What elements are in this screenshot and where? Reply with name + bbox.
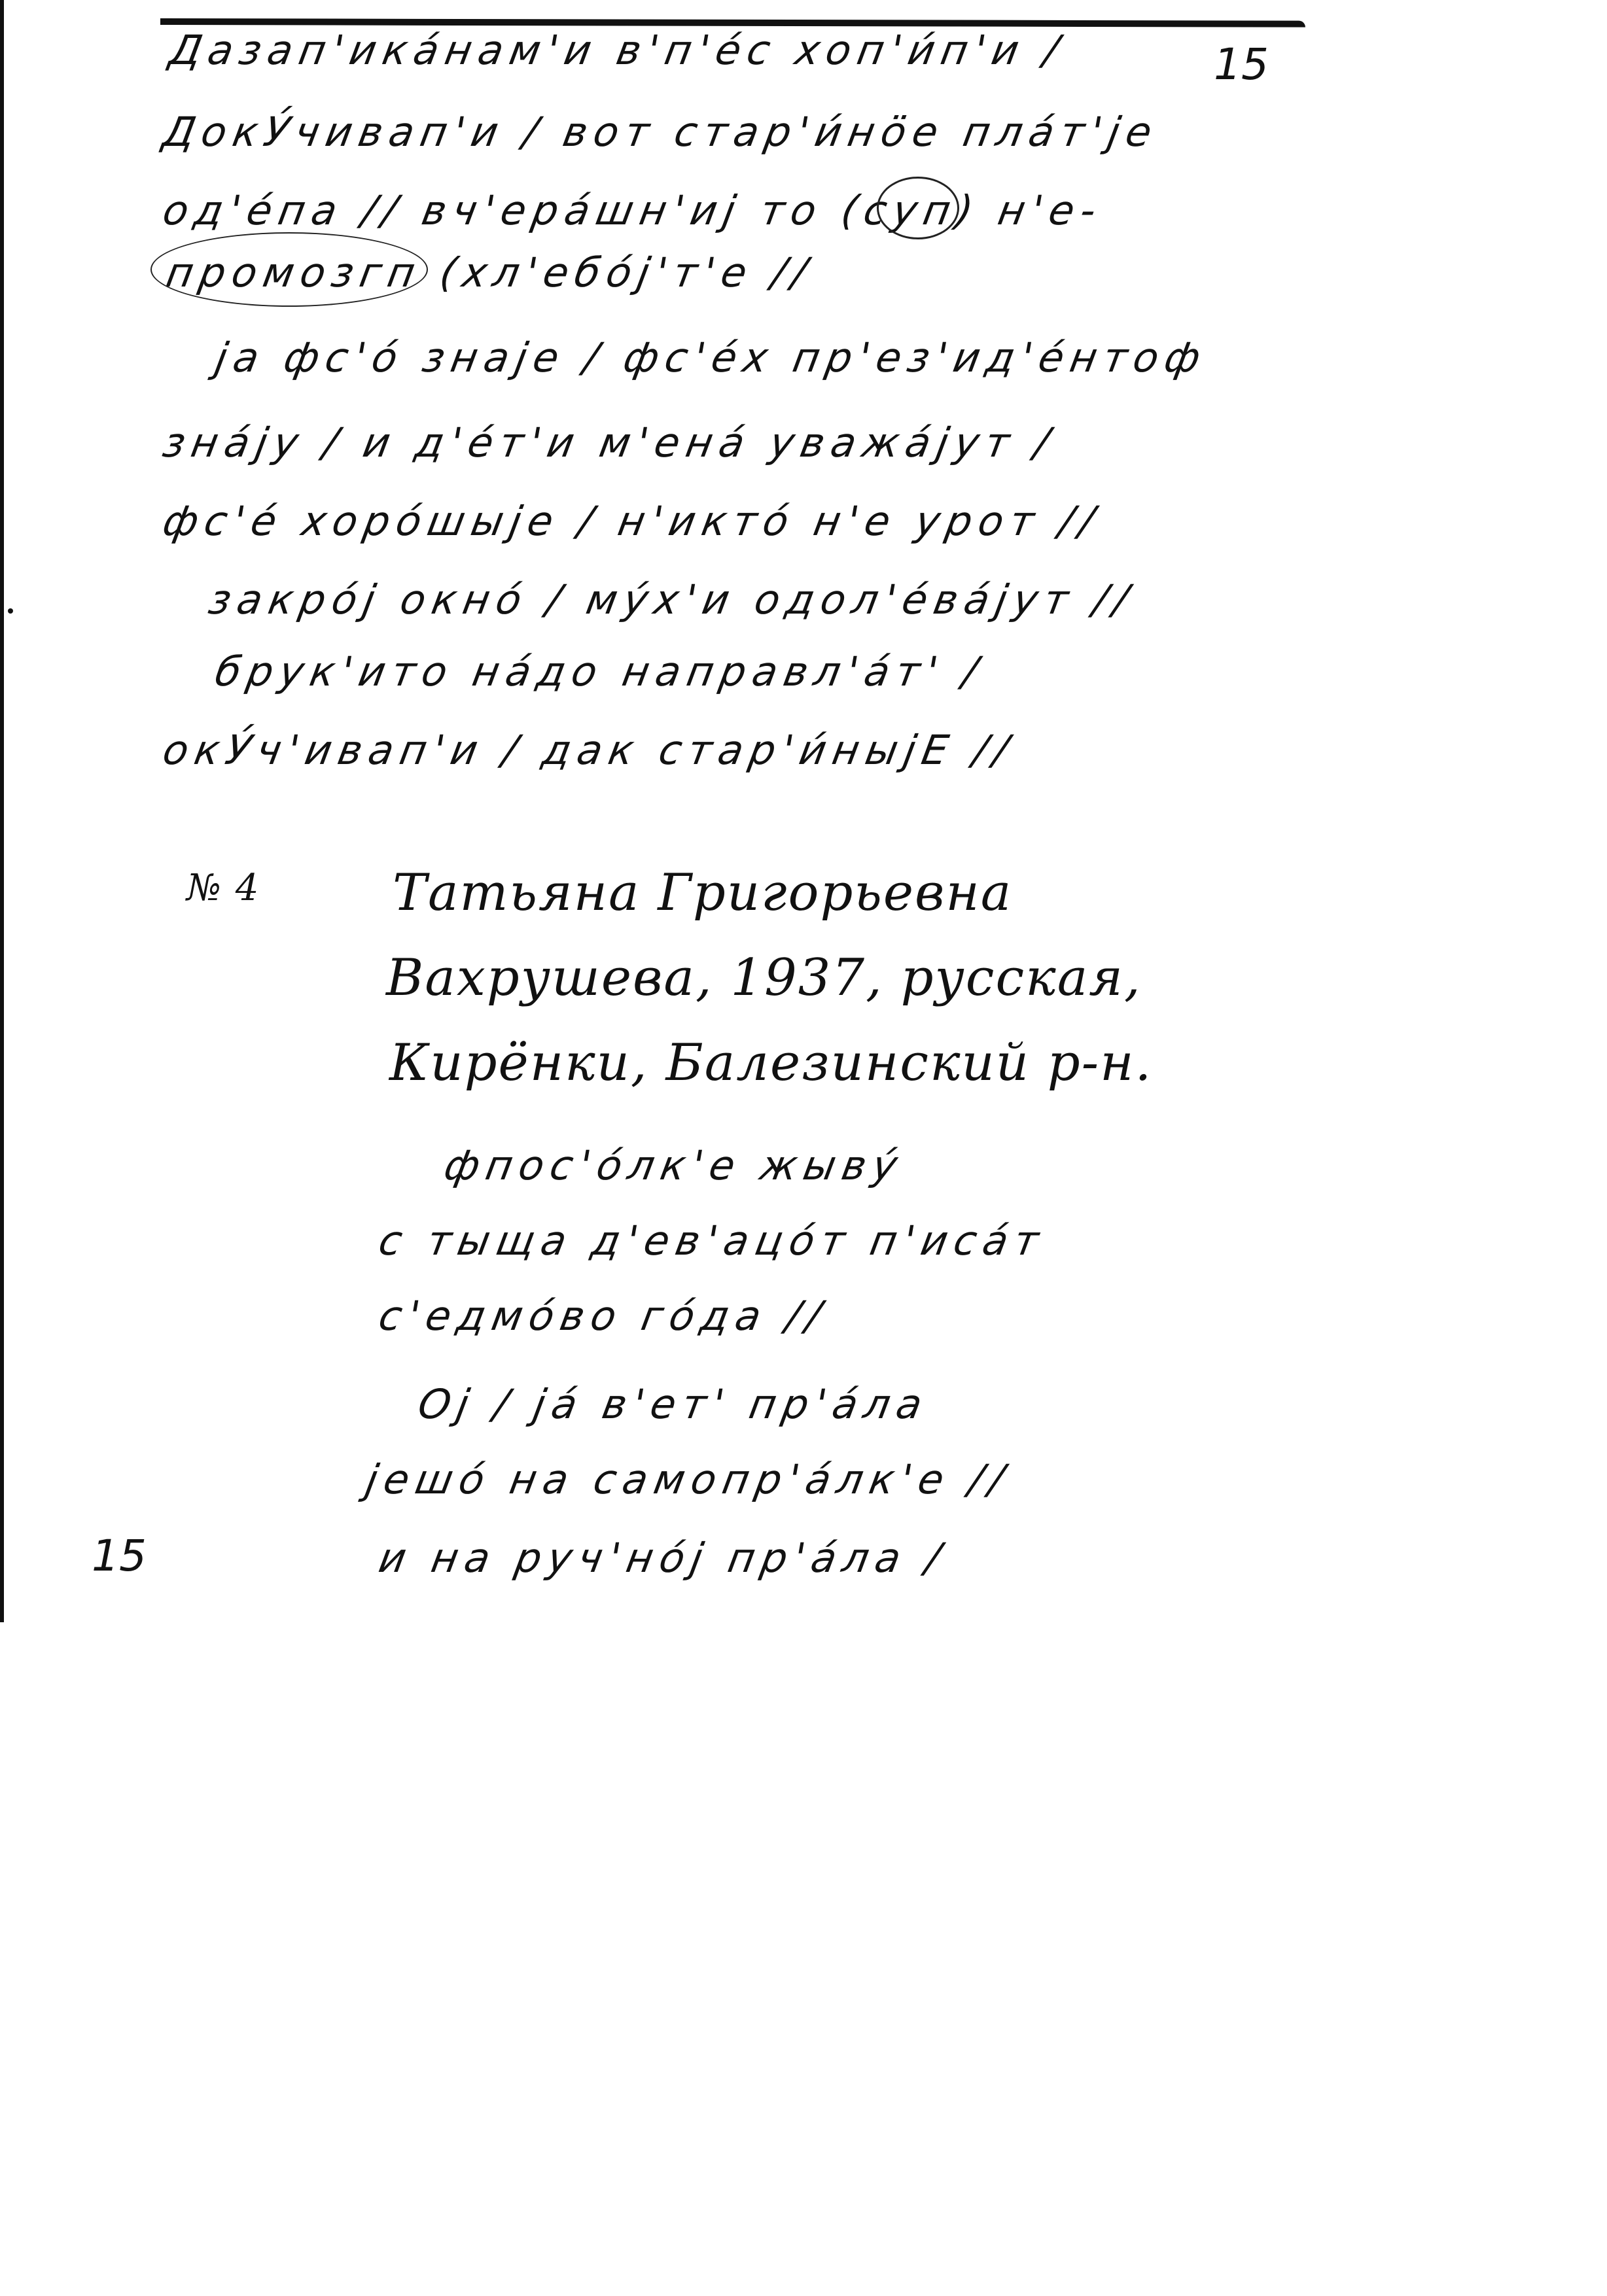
scanned-page: 15 Дазап'ика́нам'и в'п'е́с хоп'и́п'и / Д… xyxy=(0,0,1607,2296)
speaker-location: Кирёнки, Балезинский р-н. xyxy=(389,1034,1152,1092)
transcript-line: Ој / ја́ в'ет' пр'а́ла xyxy=(415,1380,932,1428)
circled-word-mark xyxy=(877,177,959,239)
margin-dot xyxy=(8,608,13,614)
transcript-line: с'едмо́во го́да // xyxy=(376,1292,832,1340)
speaker-name: Татьяна Григорьевна xyxy=(393,863,1012,922)
page-number-top: 15 xyxy=(1214,39,1269,90)
transcript-line: закро́ј окно́ / му́х'и одол'е́ва́јут // xyxy=(205,576,1139,623)
transcript-line: с тыща д'ев'ацо́т п'иса́т xyxy=(376,1217,1049,1264)
transcript-line: ДокУ́чивап'и / вот стар'и́нӧе пла́т'је xyxy=(160,108,1162,156)
speaker-details: Вахрушева, 1937, русская, xyxy=(386,948,1142,1007)
transcript-line: јешо́ на самопр'а́лк'е // xyxy=(362,1455,1014,1503)
transcript-line: Дазап'ика́нам'и в'п'е́с хоп'и́п'и / xyxy=(166,26,1069,74)
transcript-line: ја фс'о́ знаје / фс'е́х пр'ез'ид'е́нтоф xyxy=(212,334,1210,381)
transcript-line: зна́ју / и д'е́т'и м'ена́ уважа́јут / xyxy=(160,419,1060,466)
transcript-line: окУ́ч'ивап'и / дак стар'и́ныјЕ // xyxy=(160,726,1019,774)
transcript-line: фпос'о́лк'е жыву́ xyxy=(441,1141,908,1189)
transcript-line: брук'ито на́до направл'а́т' / xyxy=(212,648,988,695)
transcript-line: фс'е́ хоро́шыје / н'икто́ н'е урот // xyxy=(160,497,1104,545)
speaker-number: № 4 xyxy=(186,867,260,909)
transcript-line: и на руч'но́ј пр'а́ла / xyxy=(376,1534,951,1582)
page-number-bottom: 15 xyxy=(92,1531,147,1581)
circled-phrase-mark xyxy=(150,232,428,307)
transcript-line: од'е́па // вч'ера́шн'иј то (суп) н'е- xyxy=(160,186,1106,234)
scan-edge xyxy=(0,0,4,1622)
